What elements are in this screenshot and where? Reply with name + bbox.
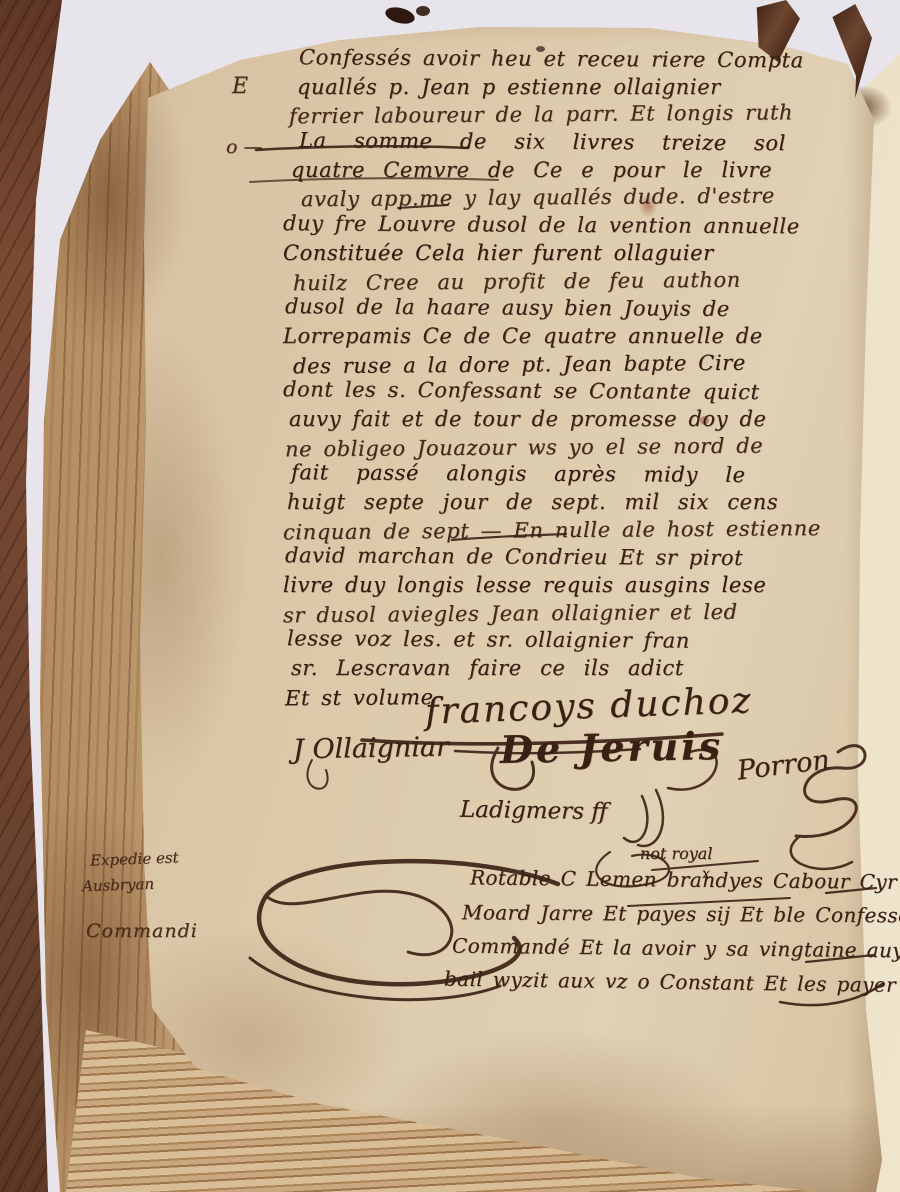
bottom-act-line: Commandé Et la avoir y sa vingtaine auy	[452, 934, 900, 963]
manuscript-line: ferrier laboureur de la parr. Et longis …	[289, 99, 877, 131]
margin-note-commandi: Commandi	[86, 920, 198, 942]
signature-de-jeruis: De Jeruis	[500, 723, 724, 772]
manuscript-line: Constituée Cela hier furent ollaguier	[283, 240, 877, 268]
signature-ollaigniar: J Ollaigniar	[293, 732, 449, 766]
manuscript-line: Confessés avoir heu et receu riere Compt…	[299, 44, 877, 75]
manuscript-line: huilz Cree au profit de feu authon	[293, 265, 877, 297]
manuscript-line: livre duy longis lesse requis ausgins le…	[283, 572, 877, 600]
manuscript-text-block: Confessés avoir heu et receu riere Compt…	[283, 46, 877, 711]
manuscript-line: huigt septe jour de sept. mil six cens	[287, 489, 877, 517]
manuscript-line: avaly app.me y lay quallés dude. d'estre	[301, 182, 877, 214]
signature-ladigmers: Ladigmers ff	[460, 797, 608, 826]
margin-note-expedie: Expedie est	[90, 848, 179, 869]
manuscript-line: quallés p. Jean p estienne ollaignier	[297, 74, 877, 102]
manuscript-line: david marchan de Condrieu Et sr pirot	[285, 543, 877, 574]
manuscript-line: des ruse a la dore pt. Jean bapte Cire	[293, 348, 877, 380]
margin-note-expedie-2: Ausbryan	[82, 875, 155, 896]
manuscript-line: lesse voz les. et sr. ollaignier fran	[287, 626, 877, 657]
manuscript-line: sr. Lescravan faire ce ils adict	[291, 655, 877, 683]
ink-blot	[384, 5, 417, 27]
bottom-act-line: Moard Jarre Et payes sij Et ble Confesse…	[462, 900, 900, 927]
ink-blot	[416, 6, 430, 16]
manuscript-line: dusol de la haare ausy bien Jouyis de	[285, 293, 877, 324]
manuscript-line: fait passé alongis après midy le	[291, 460, 877, 491]
manuscript-line: La somme de six livres treize sol	[299, 127, 877, 158]
manuscript-line: duy fre Louvre dusol de la vention annue…	[283, 210, 877, 241]
manuscript-line: Lorrepamis Ce de Ce quatre annuelle de	[283, 323, 877, 351]
manuscript-line: auvy fait et de tour de promesse doy de	[289, 406, 877, 434]
manuscript-line: dont les s. Confessant se Contante quict	[283, 376, 877, 407]
margin-mark-e: E	[232, 74, 248, 99]
notary-royal-label: not royal	[640, 844, 712, 863]
manuscript-photo: E o — Confessés avoir heu et receu riere…	[0, 0, 900, 1192]
manuscript-line: quatre Cemvre de Ce e pour le livre	[291, 157, 877, 185]
margin-mark-o: o —	[226, 136, 262, 158]
